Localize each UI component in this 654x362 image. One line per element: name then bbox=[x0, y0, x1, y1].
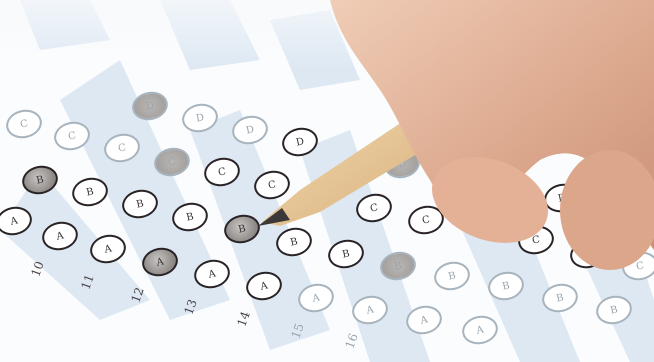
top-blur bbox=[0, 0, 654, 70]
answer-sheet-photo: AAAAAAAAAABBBBBBBBBBBBCCCCCCCCCCCDDDDDD … bbox=[0, 0, 654, 362]
